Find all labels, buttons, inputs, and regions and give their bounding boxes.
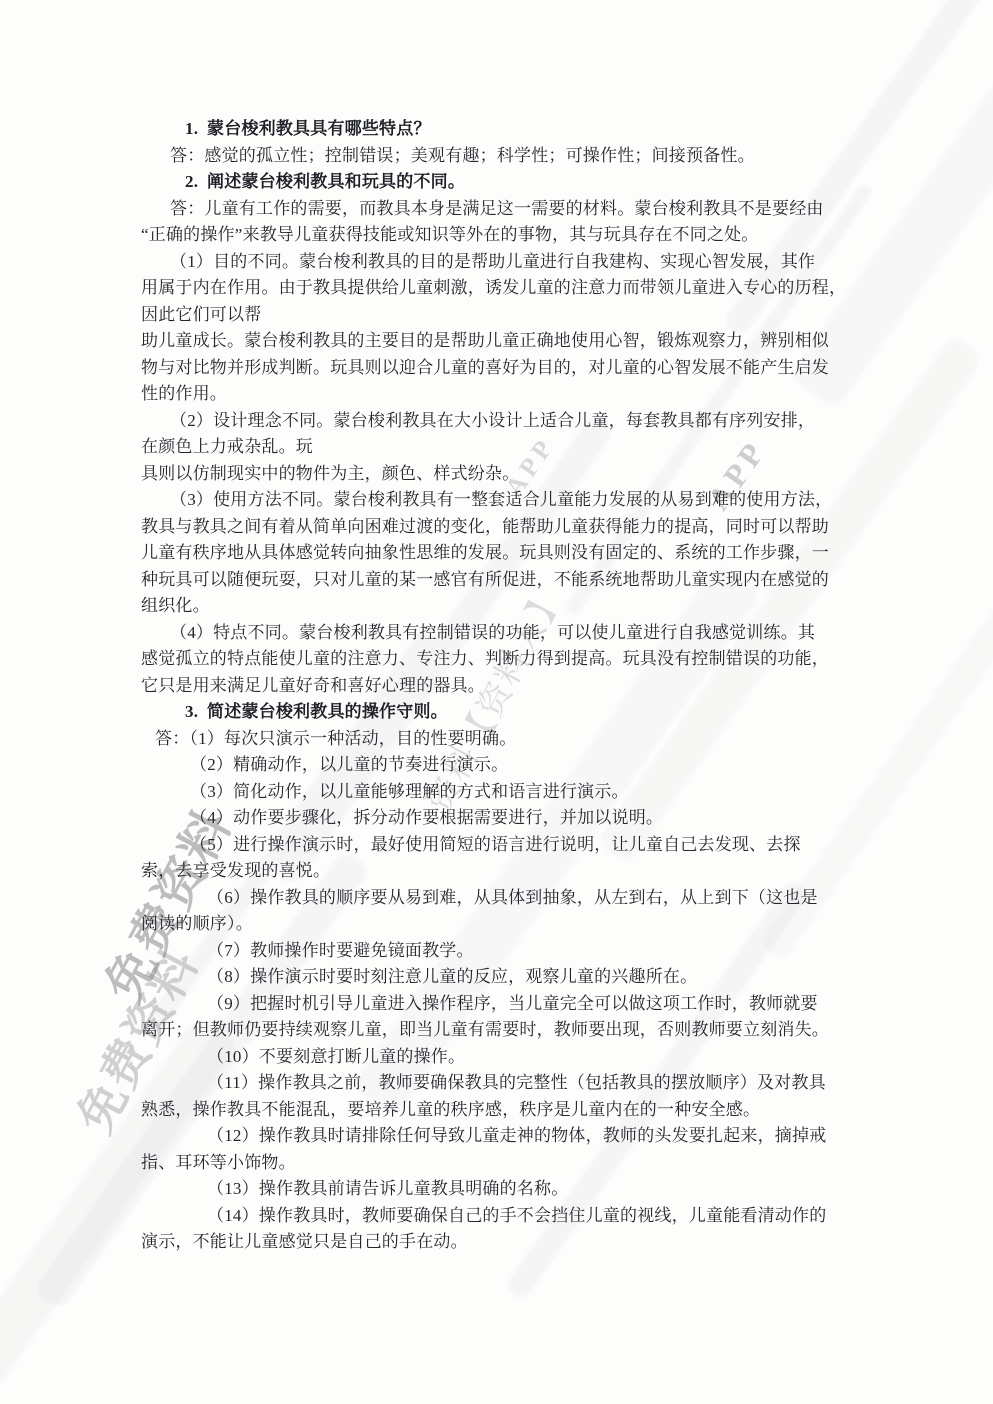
procedure-item: （6）操作教具的顺序要从易到难，从具体到抽象，从左到右，从上到下（这也是 阅读的… (141, 885, 873, 938)
answer-paragraph: （3）使用方法不同。蒙台梭利教具有一整套适合儿童能力发展的从易到难的使用方法， … (141, 487, 873, 620)
procedure-item: （14）操作教具时，教师要确保自己的手不会挡住儿童的视线，儿童能看清动作的 演示… (141, 1203, 873, 1256)
procedure-item: （13）操作教具前请告诉儿童教具明确的名称。 (141, 1176, 873, 1203)
answer-paragraph: （2）设计理念不同。蒙台梭利教具在大小设计上适合儿童，每套教具都有序列安排， 在… (141, 408, 873, 488)
page-root: { "page": { "background_color": "#fdfdfc… (0, 0, 993, 1404)
procedure-item: （8）操作演示时要时刻注意儿童的反应，观察儿童的兴趣所在。 (141, 964, 873, 991)
question-heading: 3. 简述蒙台梭利教具的操作守则。 (141, 699, 873, 726)
procedure-item: （5）进行操作演示时，最好使用简短的语言进行说明，让儿童自己去发现、去探 索，去… (141, 832, 873, 885)
procedure-item: （2）精确动作，以儿童的节奏进行演示。 (141, 752, 873, 779)
procedure-item: （7）教师操作时要避免镜面教学。 (141, 938, 873, 965)
answer-paragraph: 答：儿童有工作的需要，而教具本身是满足这一需要的材料。蒙台梭利教具不是要经由 “… (141, 196, 873, 249)
question-heading: 1. 蒙台梭利教具具有哪些特点？ (141, 116, 873, 143)
document-page: 免费资料免费资料资料【资料人】APPAPP 1. 蒙台梭利教具具有哪些特点？答：… (0, 0, 993, 1404)
question-heading: 2. 阐述蒙台梭利教具和玩具的不同。 (141, 169, 873, 196)
answer-paragraph: 答：感觉的孤立性；控制错误；美观有趣；科学性；可操作性；间接预备性。 (141, 143, 873, 170)
procedure-item: （3）简化动作，以儿童能够理解的方式和语言进行演示。 (141, 779, 873, 806)
procedure-item: （10）不要刻意打断儿童的操作。 (141, 1044, 873, 1071)
procedure-item: （12）操作教具时请排除任何导致儿童走神的物体，教师的头发要扎起来，摘掉戒 指、… (141, 1123, 873, 1176)
procedure-item: （9）把握时机引导儿童进入操作程序，当儿童完全可以做这项工作时，教师就要 离开；… (141, 991, 873, 1044)
answer-paragraph: （4）特点不同。蒙台梭利教具有控制错误的功能，可以使儿童进行自我感觉训练。其 感… (141, 620, 873, 700)
procedure-item: （11）操作教具之前，教师要确保教具的完整性（包括教具的摆放顺序）及对教具 熟悉… (141, 1070, 873, 1123)
procedure-item: （4）动作要步骤化，拆分动作要根据需要进行，并加以说明。 (141, 805, 873, 832)
procedure-item: 答：（1）每次只演示一种活动，目的性要明确。 (141, 726, 873, 753)
document-body: 1. 蒙台梭利教具具有哪些特点？答：感觉的孤立性；控制错误；美观有趣；科学性；可… (141, 116, 873, 1256)
answer-paragraph: （1）目的不同。蒙台梭利教具的目的是帮助儿童进行自我建构、实现心智发展，其作 用… (141, 249, 873, 408)
